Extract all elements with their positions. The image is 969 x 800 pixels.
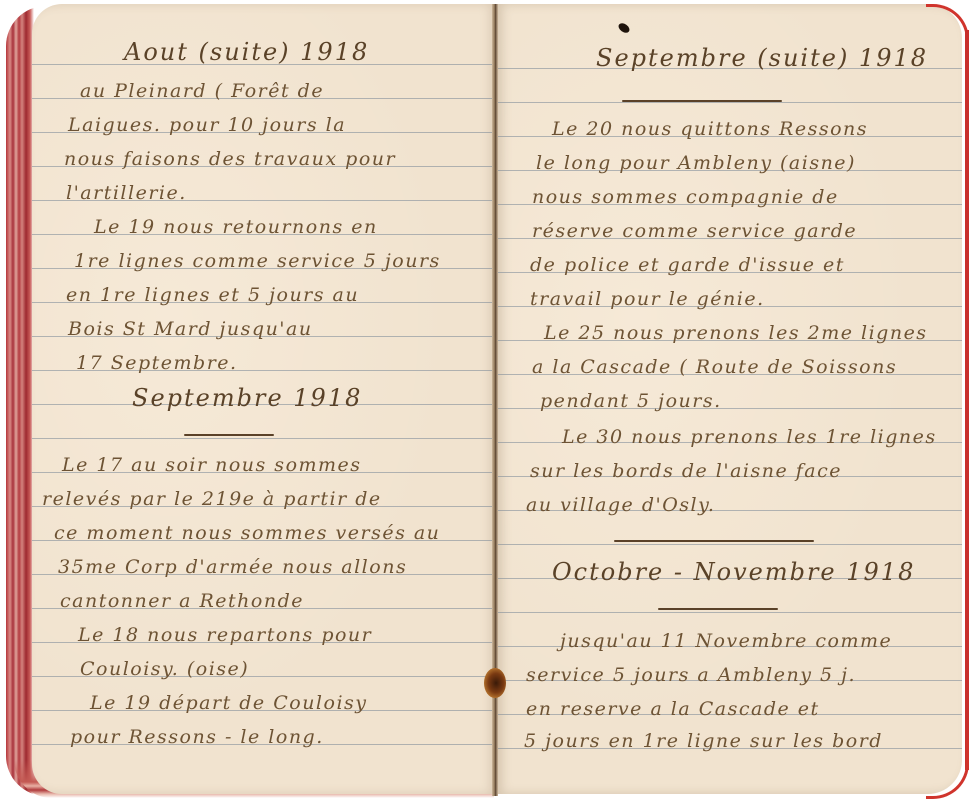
diary-line: relevés par le 219e à partir de — [42, 490, 382, 509]
diary-line: pendant 5 jours. — [540, 392, 722, 411]
diary-line: Le 17 au soir nous sommes — [62, 456, 362, 475]
diary-line: ce moment nous sommes versés au — [54, 524, 440, 543]
right-cover-edge — [965, 30, 969, 770]
diary-line: nous sommes compagnie de — [532, 188, 839, 207]
diary-line: travail pour le génie. — [530, 290, 765, 309]
diary-line: 5 jours en 1re ligne sur les bord — [524, 732, 883, 751]
left-page: Aout (suite) 1918 au Pleinard ( Forêt de… — [32, 4, 496, 794]
diary-line: nous faisons des travaux pour — [64, 150, 396, 169]
diary-line: a la Cascade ( Route de Soissons — [532, 358, 897, 377]
diary-line: Couloisy. (oise) — [80, 660, 249, 679]
diary-line: cantonner a Rethonde — [60, 592, 304, 611]
diary-line: au village d'Osly. — [526, 496, 715, 515]
diary-line: service 5 jours a Ambleny 5 j. — [526, 666, 856, 685]
diary-line: 17 Septembre. — [76, 354, 238, 373]
ruled-line — [32, 438, 496, 439]
diary-line: en reserve a la Cascade et — [526, 700, 820, 719]
right-cover-edge-bottom — [926, 740, 969, 799]
ruled-line — [496, 102, 962, 103]
section-divider — [658, 608, 778, 610]
right-section-heading: Octobre - Novembre 1918 — [552, 560, 915, 584]
diary-line: Le 19 nous retournons en — [94, 218, 378, 237]
diary-line: de police et garde d'issue et — [530, 256, 845, 275]
diary-line: sur les bords de l'aisne face — [530, 462, 842, 481]
diary-line: Le 20 nous quittons Ressons — [552, 120, 868, 139]
diary-line: Le 30 nous prenons les 1re lignes — [562, 428, 937, 447]
diary-line: jusqu'au 11 Novembre comme — [560, 632, 892, 651]
diary-line: Bois St Mard jusqu'au — [68, 320, 313, 339]
diary-line: pour Ressons - le long. — [70, 728, 324, 747]
diary-line: Le 25 nous prenons les 2me lignes — [544, 324, 928, 343]
left-section-heading: Septembre 1918 — [132, 386, 362, 410]
diary-line: Le 18 nous repartons pour — [78, 626, 372, 645]
diary-line: Le 19 départ de Couloisy — [90, 694, 368, 713]
ink-blot — [484, 668, 506, 698]
diary-line: 1re lignes comme service 5 jours — [74, 252, 441, 271]
right-cover-edge-top — [926, 4, 969, 47]
diary-line: l'artillerie. — [66, 184, 187, 203]
right-page: Septembre (suite) 1918 Le 20 nous quitto… — [496, 4, 962, 794]
section-divider — [622, 100, 782, 102]
diary-line: réserve comme service garde — [532, 222, 857, 241]
section-divider — [614, 540, 814, 542]
diary-line: en 1re lignes et 5 jours au — [66, 286, 359, 305]
ruled-line — [496, 544, 962, 545]
ruled-line — [496, 612, 962, 613]
section-divider — [184, 434, 274, 436]
diary-line: le long pour Ambleny (aisne) — [536, 154, 856, 173]
diary-line: au Pleinard ( Forêt de — [80, 82, 324, 101]
open-notebook: Aout (suite) 1918 au Pleinard ( Forêt de… — [0, 0, 969, 800]
diary-line: 35me Corp d'armée nous allons — [58, 558, 407, 577]
left-page-heading: Aout (suite) 1918 — [124, 40, 369, 64]
right-page-heading: Septembre (suite) 1918 — [596, 46, 928, 70]
diary-line: Laigues. pour 10 jours la — [68, 116, 346, 135]
